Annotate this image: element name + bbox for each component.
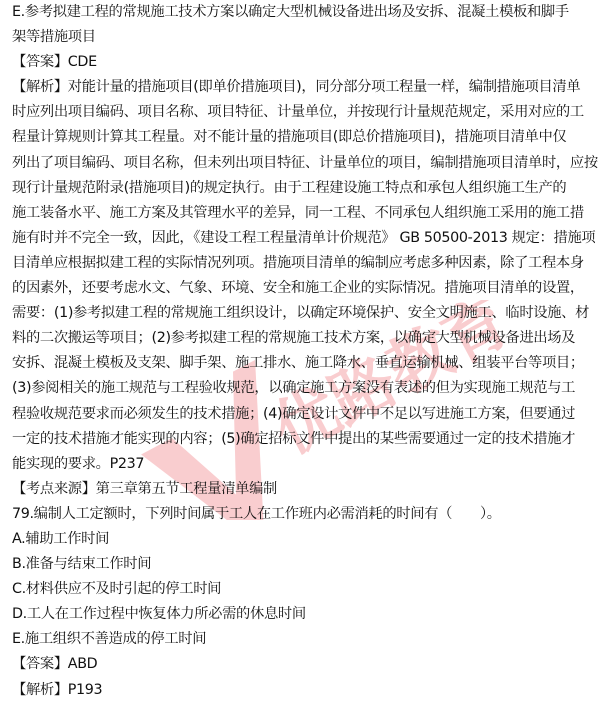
option-c: C.材料供应不及时引起的停工时间 [12, 577, 592, 602]
analysis-line: 【解析】对能计量的措施项目(即单价措施项目)，同分部分项工程量一样，编制措施项目… [12, 75, 592, 100]
analysis-line: 料的二次搬运等项目；(2)参考拟建工程的常规施工技术方案，以确定大型机械设备进出… [12, 326, 592, 351]
answer-prev: 【答案】CDE [12, 50, 592, 75]
analysis-line: 施有时并不完全一致，因此，《建设工程工程量清单计价规范》 GB 50500-20… [12, 226, 592, 251]
option-d: D.工人在工作过程中恢复体力所必需的休息时间 [12, 602, 592, 627]
option-e: E.施工组织不善造成的停工时间 [12, 627, 592, 652]
document-page: E.参考拟建工程的常规施工技术方案以确定大型机械设备进出场及安拆、混凝土模板和脚… [12, 0, 592, 703]
analysis-line: 能实现的要求。P237 [12, 452, 592, 477]
answer-79: 【答案】ABD [12, 652, 592, 677]
analysis-line: 列出了项目编码、项目名称，但未列出项目特征、计量单位的项目，编制措施项目清单时，… [12, 151, 592, 176]
analysis-line: 目清单应根据拟建工程的实际情况列项。措施项目清单的编制应考虑多种因素，除了工程本… [12, 251, 592, 276]
analysis-line: (3)参阅相关的施工规范与工程验收规范，以确定施工方案没有表述的但为实现施工规范… [12, 376, 592, 401]
analysis-line: 现行计量规范附录(措施项目)的规定执行。由于工程建设施工特点和承包人组织施工生产… [12, 176, 592, 201]
option-b: B.准备与结束工作时间 [12, 552, 592, 577]
option-e-prev: E.参考拟建工程的常规施工技术方案以确定大型机械设备进出场及安拆、混凝土模板和脚… [12, 0, 592, 25]
analysis-79: 【解析】P193 [12, 678, 592, 703]
analysis-line: 施工装备水平、施工方案及其管理水平的差异，同一工程、不同承包人组织施工采用的施工… [12, 201, 592, 226]
analysis-line: 时应列出项目编码、项目名称、项目特征、计量单位，并按现行计量规范规定，采用对应的… [12, 100, 592, 125]
analysis-line: 的因素外，还要考虑水文、气象、环境、安全和施工企业的实际情况。措施项目清单的设置… [12, 276, 592, 301]
analysis-line: 需要：(1)参考拟建工程的常规施工组织设计，以确定环境保护、安全文明施工、临时设… [12, 301, 592, 326]
source-line: 【考点来源】第三章第五节工程量清单编制 [12, 477, 592, 502]
option-a: A.辅助工作时间 [12, 527, 592, 552]
question-79: 79.编制人工定额时，下列时间属于工人在工作班内必需消耗的时间有（ ）。 [12, 502, 592, 527]
analysis-line: 一定的技术措施才能实现的内容；(5)确定招标文件中提出的某些需要通过一定的技术措… [12, 427, 592, 452]
analysis-line: 程量计算规则计算其工程量。对不能计量的措施项目(即总价措施项目)，措施项目清单中… [12, 125, 592, 150]
analysis-line: 程验收规范要求而必须发生的技术措施；(4)确定设计文件中不足以写进施工方案，但要… [12, 402, 592, 427]
option-e-prev-cont: 架等措施项目 [12, 25, 592, 50]
analysis-line: 安拆、混凝土模板及支架、脚手架、施工排水、施工降水、垂直运输机械、组装平台等项目… [12, 351, 592, 376]
